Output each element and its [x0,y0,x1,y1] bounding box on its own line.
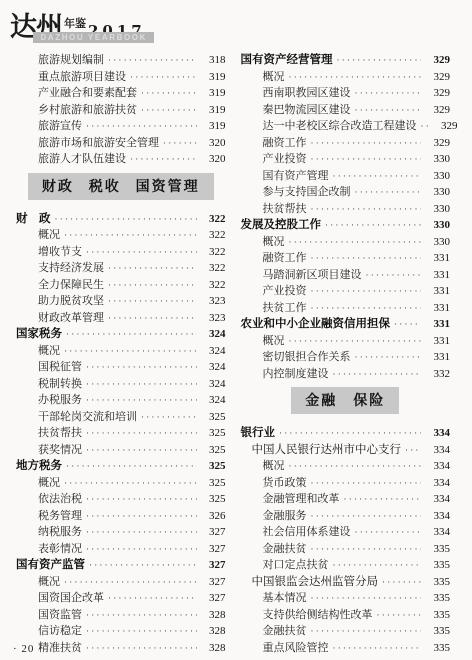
toc-entry-page: 329 [424,104,450,116]
toc-entry-title: 国有资产监管 [16,556,85,572]
toc-entry-page: 324 [200,394,226,406]
toc-entry: 中国人民银行达州市中心支行334 [241,440,451,457]
toc-entry-page: 328 [200,609,226,621]
toc-entry: 融资工作329 [241,133,451,150]
toc-entry: 办税服务324 [16,390,226,407]
toc-entry: 纳税服务327 [16,522,226,539]
toc-entry-title: 社会信用体系建设 [263,523,351,539]
toc-entry-page: 320 [200,153,226,165]
toc-entry: 国家税务324 [16,324,226,341]
toc-entry: 支持经济发展322 [16,258,226,275]
toc-entry-page: 335 [424,592,450,604]
toc-entry-page: 327 [200,576,226,588]
toc-entry: 西南职教园区建设329 [241,83,451,100]
dot-leader [86,506,197,524]
toc-entry-title: 概况 [263,457,285,473]
dot-leader [108,588,197,606]
toc-entry-title: 旅游人才队伍建设 [38,150,126,166]
dot-leader [355,522,422,540]
dot-leader [86,539,197,557]
toc-entry: 金融管理和改革334 [241,489,451,506]
dot-leader [108,258,197,276]
toc-entry: 金融扶贫335 [241,621,451,638]
toc-entry-page: 325 [200,477,226,489]
toc-entry-page: 334 [424,460,450,472]
toc-entry-title: 农业和中小企业融资信用担保 [241,315,391,331]
toc-entry: 乡村旅游和旅游扶贫319 [16,100,226,117]
toc-entry: 银行业334 [241,423,451,440]
toc-entry: 国资国企改革327 [16,588,226,605]
toc-entry-page: 331 [424,335,450,347]
dot-leader [311,248,422,266]
toc-entry-page: 331 [424,351,450,363]
toc-entry-page: 331 [424,318,450,330]
dot-leader [86,357,197,375]
dot-leader [311,133,422,151]
toc-entry: 扶贫工作331 [241,298,451,315]
dot-leader [366,265,422,283]
dot-leader [64,225,197,243]
toc-entry-title: 货币政策 [263,474,307,490]
toc-entry-title: 旅游规划编制 [38,51,104,67]
toc-entry: 马踏洞新区项目建设331 [241,265,451,282]
dot-leader [86,440,197,458]
toc-column-left: 旅游规划编制318重点旅游项目建设319产业融合和要素配套319乡村旅游和旅游扶… [16,50,226,654]
toc-entry-title: 融资工作 [263,134,307,150]
toc-entry-title: 概况 [38,226,60,242]
toc-entry-title: 支持经济发展 [38,259,104,275]
dot-leader [108,308,197,326]
dot-leader [86,522,197,540]
toc-entry: 密切银担合作关系331 [241,347,451,364]
toc-entry-page: 325 [200,493,226,505]
section-header-label: 金融 保险 [291,387,399,414]
toc-entry: 助力脱贫攻坚323 [16,291,226,308]
toc-entry-title: 财政改革管理 [38,309,104,325]
toc-entry: 概况324 [16,341,226,358]
dot-leader [311,506,422,524]
toc-entry: 产业投资331 [241,281,451,298]
toc-entry-page: 323 [200,312,226,324]
toc-entry-title: 助力脱贫攻坚 [38,292,104,308]
toc-entry: 融资工作331 [241,248,451,265]
toc-entry-title: 国家税务 [16,325,62,341]
toc-entry-title: 中国银监会达州监管分局 [252,573,379,589]
toc-entry: 产业融合和要素配套319 [16,83,226,100]
toc-entry-title: 旅游宣传 [38,117,82,133]
dot-leader [289,232,422,250]
toc-entry-page: 334 [424,477,450,489]
toc-entry-page: 322 [200,262,226,274]
dot-leader [394,314,421,332]
toc-entry: 重点风险管控335 [241,638,451,655]
toc-entry: 财 政322 [16,209,226,226]
dot-leader [141,83,197,101]
toc-entry: 旅游市场和旅游安全管理320 [16,133,226,150]
toc-entry-page: 335 [424,625,450,637]
toc-entry-page: 332 [424,368,450,380]
toc-entry: 旅游宣传319 [16,116,226,133]
toc-entry-page: 329 [424,87,450,99]
toc-entry-title: 国资监管 [38,606,82,622]
dot-leader [355,100,422,118]
dot-leader [66,324,197,342]
toc-entry-page: 319 [200,71,226,83]
dot-leader [279,423,421,441]
toc-entry-title: 产业融合和要素配套 [38,84,137,100]
toc-entry-page: 335 [424,576,450,588]
toc-entry: 获奖情况325 [16,440,226,457]
toc-entry-page: 325 [200,460,226,472]
toc-entry-page: 330 [424,236,450,248]
dot-leader [333,555,422,573]
toc-entry-page: 322 [200,279,226,291]
toc-entry: 支持供给侧结构性改革335 [241,605,451,622]
toc-entry: 内控制度建设332 [241,364,451,381]
dot-leader [108,50,197,68]
dot-leader [141,100,197,118]
dot-leader [86,116,197,134]
toc-entry-title: 参与支持国企改制 [263,183,351,199]
toc-entry: 国有资产经营管理329 [241,50,451,67]
dot-leader [86,489,197,507]
dot-leader [311,149,422,167]
toc-entry-page: 330 [424,186,450,198]
dot-leader [311,621,422,639]
toc-entry-title: 全力保障民生 [38,276,104,292]
toc-entry-title: 银行业 [241,424,276,440]
toc-entry: 税制转换324 [16,374,226,391]
dot-leader [86,242,197,260]
toc-entry-page: 324 [200,345,226,357]
toc-entry-page: 330 [424,153,450,165]
toc-entry: 农业和中小企业融资信用担保331 [241,314,451,331]
toc-entry-title: 中国人民银行达州市中心支行 [252,441,402,457]
logo-title-en: DAZHOU YEARBOOK [40,33,147,42]
toc-entry-page: 330 [424,170,450,182]
toc-entry-title: 概况 [263,332,285,348]
dot-leader [311,199,422,217]
toc-entry-page: 334 [424,427,450,439]
dot-leader [355,83,422,101]
toc-entry-title: 地方税务 [16,457,62,473]
yearbook-logo: 达州年鉴2017 DAZHOU YEARBOOK [0,0,472,47]
toc-entry-page: 334 [424,493,450,505]
toc-entry: 概况331 [241,331,451,348]
toc-entry-page: 335 [424,609,450,621]
toc-entry: 增收节支322 [16,242,226,259]
toc-entry-page: 331 [424,252,450,264]
dot-leader [311,539,422,557]
dot-leader [333,638,422,656]
toc-entry: 概况330 [241,232,451,249]
toc-entry-title: 国税征管 [38,358,82,374]
toc-entry: 社会信用体系建设334 [241,522,451,539]
toc-entry-title: 财 政 [16,210,51,226]
toc-entry-page: 318 [200,54,226,66]
toc-entry-page: 325 [200,411,226,423]
dot-leader [325,215,421,233]
toc-entry: 秦巴物流园区建设329 [241,100,451,117]
toc-entry-page: 319 [200,120,226,132]
toc-entry-title: 金融服务 [263,507,307,523]
toc-entry: 财政改革管理323 [16,308,226,325]
toc-entry: 对口定点扶贫335 [241,555,451,572]
toc-entry-title: 国资国企改革 [38,589,104,605]
toc-entry: 旅游规划编制318 [16,50,226,67]
toc-entry-title: 办税服务 [38,391,82,407]
logo-subtitle-cn: 年鉴 [64,18,86,30]
toc-entry-title: 税制转换 [38,375,82,391]
dot-leader [355,347,422,365]
dot-leader [89,555,197,573]
toc-entry: 概况322 [16,225,226,242]
toc-entry-title: 基本情况 [263,589,307,605]
toc-entry: 地方税务325 [16,456,226,473]
dot-leader [333,166,422,184]
toc-entry: 概况327 [16,572,226,589]
toc-entry: 国有资产管理330 [241,166,451,183]
dot-leader [86,390,197,408]
yearbook-toc-page: 达州年鉴2017 DAZHOU YEARBOOK 旅游规划编制318重点旅游项目… [0,0,472,660]
toc-entry-page: 331 [424,269,450,281]
toc-entry-title: 增收节支 [38,243,82,259]
toc-entry-page: 325 [200,427,226,439]
toc-entry-page: 323 [200,295,226,307]
toc-entry-page: 331 [424,302,450,314]
toc-entry-page: 327 [200,592,226,604]
toc-entry-title: 概况 [263,68,285,84]
toc-entry-page: 334 [424,444,450,456]
toc-entry-title: 扶贫帮扶 [263,200,307,216]
toc-entry-page: 334 [424,526,450,538]
toc-entry: 旅游人才队伍建设320 [16,149,226,166]
toc-entry: 全力保障民生322 [16,275,226,292]
toc-entry: 金融服务334 [241,506,451,523]
toc-entry: 重点旅游项目建设319 [16,67,226,84]
toc-entry-page: 319 [200,104,226,116]
toc-entry-page: 327 [200,559,226,571]
dot-leader [86,621,197,639]
dot-leader [108,291,197,309]
dot-leader [55,209,197,227]
toc-entry-title: 国有资产经营管理 [241,51,333,67]
toc-entry: 货币政策334 [241,473,451,490]
toc-entry-title: 金融管理和改革 [263,490,340,506]
toc-entry: 信访稳定328 [16,621,226,638]
dot-leader [86,638,197,656]
section-header: 财政 税收 国资管理 [16,173,226,200]
toc-entry: 金融扶贫335 [241,539,451,556]
toc-columns: 旅游规划编制318重点旅游项目建设319产业融合和要素配套319乡村旅游和旅游扶… [0,47,472,654]
dot-leader [421,116,429,134]
toc-entry-title: 马踏洞新区项目建设 [263,266,362,282]
toc-entry: 税务管理326 [16,506,226,523]
toc-entry-page: 322 [200,229,226,241]
dot-leader [311,473,422,491]
toc-entry-page: 329 [424,54,450,66]
toc-entry-page: 329 [424,137,450,149]
toc-entry-page: 335 [424,642,450,654]
toc-entry-title: 依法治税 [38,490,82,506]
dot-leader [163,133,197,151]
toc-entry-title: 融资工作 [263,249,307,265]
toc-entry-title: 概况 [38,342,60,358]
dot-leader [130,67,197,85]
toc-entry-page: 325 [200,444,226,456]
dot-leader [377,605,422,623]
dot-leader [64,572,197,590]
toc-entry: 扶贫帮扶330 [241,199,451,216]
dot-leader [311,298,422,316]
dot-leader [333,364,422,382]
toc-entry-title: 概况 [38,474,60,490]
toc-entry-page: 326 [200,510,226,522]
toc-entry-page: 330 [424,203,450,215]
toc-entry-page: 335 [424,559,450,571]
page-number: · 20 · [13,643,43,655]
dot-leader [86,605,197,623]
dot-leader [311,281,422,299]
toc-entry: 概况329 [241,67,451,84]
toc-entry: 基本情况335 [241,588,451,605]
toc-entry-title: 概况 [263,233,285,249]
toc-entry-title: 获奖情况 [38,441,82,457]
toc-entry: 精准扶贫328 [16,638,226,655]
toc-entry-page: 324 [200,378,226,390]
toc-entry-title: 国有资产管理 [263,167,329,183]
toc-entry-page: 319 [200,87,226,99]
toc-entry-title: 乡村旅游和旅游扶贫 [38,101,137,117]
toc-entry-title: 对口定点扶贫 [263,556,329,572]
dot-leader [66,456,197,474]
toc-entry-title: 重点旅游项目建设 [38,68,126,84]
toc-column-right: 国有资产经营管理329概况329西南职教园区建设329秦巴物流园区建设329达一… [241,50,451,654]
toc-entry-title: 内控制度建设 [263,365,329,381]
toc-entry: 干部轮岗交流和培训325 [16,407,226,424]
dot-leader [382,572,421,590]
dot-leader [405,440,421,458]
section-header: 金融 保险 [241,387,451,414]
toc-entry-title: 西南职教园区建设 [263,84,351,100]
logo-banner: DAZHOU YEARBOOK [33,32,154,43]
toc-entry-page: 324 [200,328,226,340]
toc-entry: 依法治税325 [16,489,226,506]
toc-entry-title: 产业投资 [263,282,307,298]
toc-entry-page: 334 [424,510,450,522]
toc-entry-title: 产业投资 [263,150,307,166]
dot-leader [108,275,197,293]
toc-entry-page: 327 [200,526,226,538]
toc-entry-title: 扶贫帮扶 [38,424,82,440]
toc-entry-page: 324 [200,361,226,373]
toc-entry-title: 表彰情况 [38,540,82,556]
toc-entry-title: 金融扶贫 [263,540,307,556]
toc-entry-title: 税务管理 [38,507,82,523]
toc-entry-page: 328 [200,625,226,637]
dot-leader [289,456,422,474]
section-header-label: 财政 税收 国资管理 [28,173,214,200]
dot-leader [311,588,422,606]
toc-entry-title: 旅游市场和旅游安全管理 [38,134,159,150]
toc-entry-page: 329 [424,71,450,83]
toc-entry-page: 322 [200,213,226,225]
toc-entry-title: 扶贫工作 [263,299,307,315]
toc-entry: 中国银监会达州监管分局335 [241,572,451,589]
toc-entry-title: 达一中老校区综合改造工程建设 [263,117,417,133]
toc-entry: 概况325 [16,473,226,490]
toc-entry-title: 秦巴物流园区建设 [263,101,351,117]
dot-leader [86,374,197,392]
toc-entry-page: 331 [424,285,450,297]
toc-entry-title: 精准扶贫 [38,639,82,655]
toc-entry-page: 320 [200,137,226,149]
dot-leader [64,341,197,359]
dot-leader [86,423,197,441]
toc-entry-title: 纳税服务 [38,523,82,539]
toc-entry-title: 金融扶贫 [263,622,307,638]
toc-entry: 概况334 [241,456,451,473]
toc-entry: 国资监管328 [16,605,226,622]
dot-leader [141,407,197,425]
dot-leader [337,50,422,68]
toc-entry: 表彰情况327 [16,539,226,556]
toc-entry-page: 322 [200,246,226,258]
toc-entry: 国有资产监管327 [16,555,226,572]
toc-entry-title: 概况 [38,573,60,589]
toc-entry: 扶贫帮扶325 [16,423,226,440]
toc-entry: 达一中老校区综合改造工程建设329 [241,116,451,133]
toc-entry-page: 330 [424,219,450,231]
dot-leader [289,331,422,349]
toc-entry: 国税征管324 [16,357,226,374]
toc-entry: 产业投资330 [241,149,451,166]
toc-entry-page: 329 [432,120,458,132]
toc-entry-title: 重点风险管控 [263,639,329,655]
toc-entry-page: 327 [200,543,226,555]
toc-entry-title: 信访稳定 [38,622,82,638]
toc-entry-title: 支持供给侧结构性改革 [263,606,373,622]
dot-leader [355,182,422,200]
dot-leader [130,149,197,167]
dot-leader [344,489,422,507]
toc-entry: 发展及控股工作330 [241,215,451,232]
dot-leader [64,473,197,491]
toc-entry-title: 干部轮岗交流和培训 [38,408,137,424]
toc-entry-page: 328 [200,642,226,654]
dot-leader [289,67,422,85]
toc-entry-title: 发展及控股工作 [241,216,322,232]
toc-entry: 参与支持国企改制330 [241,182,451,199]
toc-entry-page: 335 [424,543,450,555]
toc-entry-title: 密切银担合作关系 [263,348,351,364]
